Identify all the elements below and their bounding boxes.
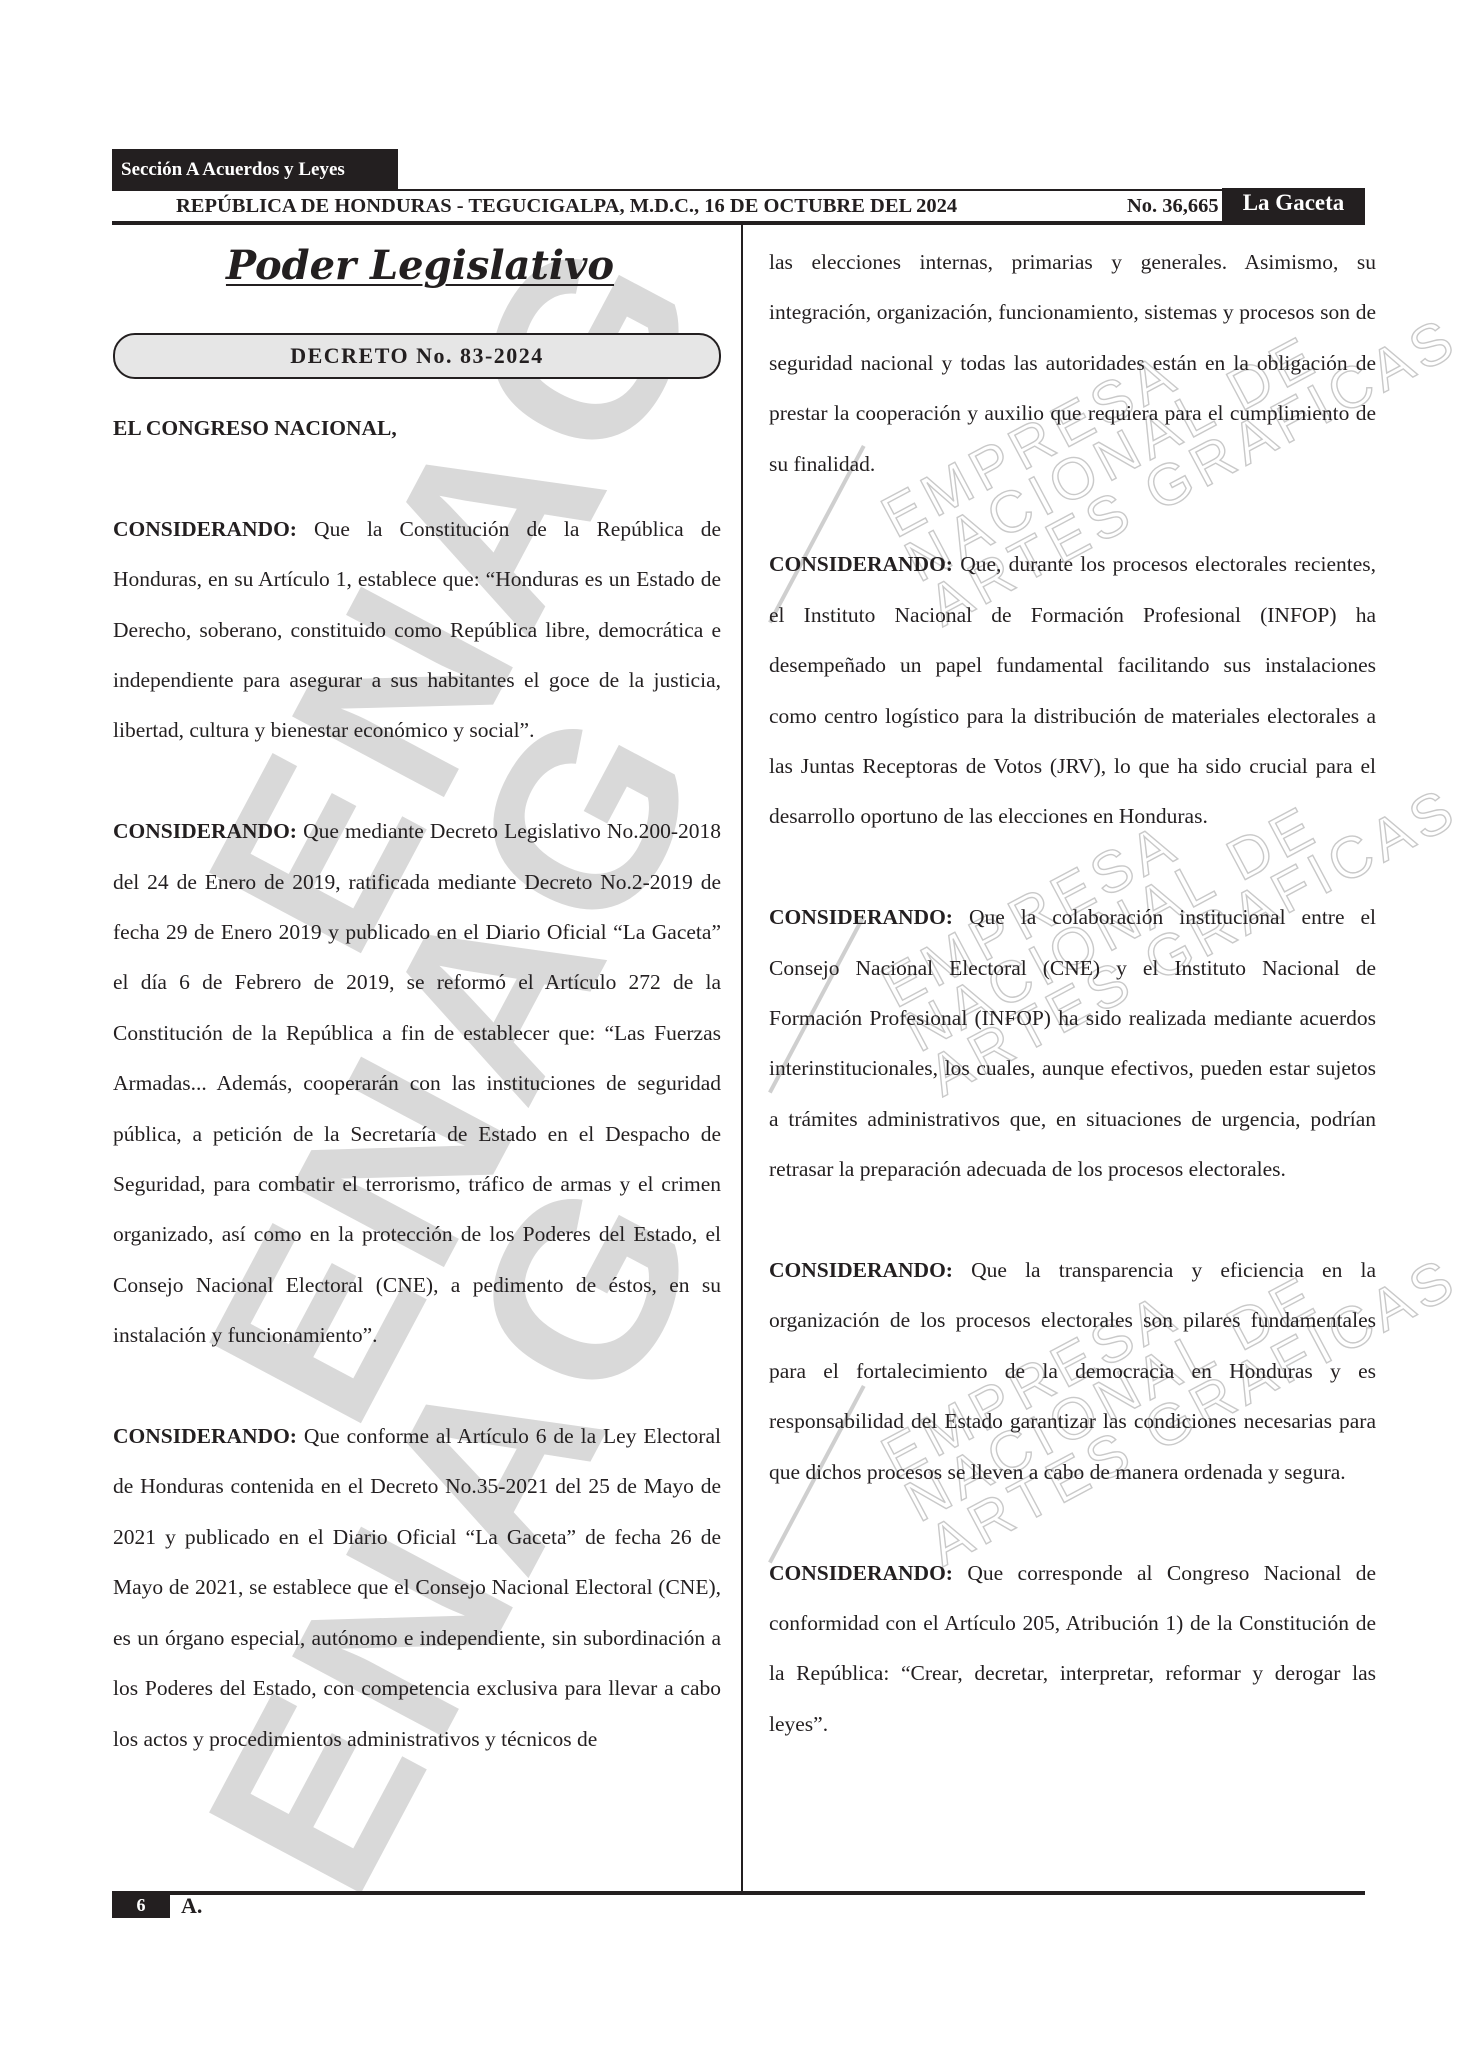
considerando-paragraph: CONSIDERANDO: Que corresponde al Congres… — [769, 1548, 1376, 1750]
considerando-label: CONSIDERANDO: — [113, 517, 297, 541]
section-label: Sección A Acuerdos y Leyes — [112, 149, 398, 190]
page-title: Poder Legislativo — [112, 238, 728, 294]
considerando-paragraph: CONSIDERANDO: Que la colaboración instit… — [769, 892, 1376, 1194]
header-row: REPÚBLICA DE HONDURAS - TEGUCIGALPA, M.D… — [112, 191, 1365, 221]
paragraph-text: Que, durante los procesos electorales re… — [769, 552, 1376, 828]
issuer-heading: EL CONGRESO NACIONAL, — [113, 403, 721, 453]
issue-number: No. 36,665 — [1127, 191, 1219, 221]
header-location-date: REPÚBLICA DE HONDURAS - TEGUCIGALPA, M.D… — [176, 191, 957, 221]
header-rule — [112, 221, 1365, 225]
page-section-suffix: A. — [181, 1891, 202, 1921]
considerando-paragraph: CONSIDERANDO: Que, durante los procesos … — [769, 539, 1376, 841]
paragraph-text: las elecciones internas, primarias y gen… — [769, 250, 1376, 476]
paragraph-text: Que la Constitución de la República de H… — [113, 517, 721, 743]
considerando-label: CONSIDERANDO: — [769, 1561, 953, 1585]
considerando-paragraph: CONSIDERANDO: Que la Constitución de la … — [113, 504, 721, 756]
paragraph-text: Que la transparencia y eficiencia en la … — [769, 1258, 1376, 1484]
considerando-label: CONSIDERANDO: — [113, 1424, 297, 1448]
paragraph-text: Que mediante Decreto Legislativo No.200-… — [113, 819, 721, 1347]
decree-number: DECRETO No. 83-2024 — [113, 333, 721, 379]
considerando-paragraph: CONSIDERANDO: Que la transparencia y efi… — [769, 1245, 1376, 1497]
considerando-label: CONSIDERANDO: — [769, 1258, 953, 1282]
considerando-paragraph: CONSIDERANDO: Que mediante Decreto Legis… — [113, 806, 721, 1360]
paragraph-text: Que conforme al Artículo 6 de la Ley Ele… — [113, 1424, 721, 1750]
footer-rule — [112, 1891, 1365, 1895]
considerando-paragraph: CONSIDERANDO: Que conforme al Artículo 6… — [113, 1411, 721, 1764]
publication-name: La Gaceta — [1222, 188, 1365, 222]
considerando-label: CONSIDERANDO: — [113, 819, 297, 843]
column-divider — [741, 225, 743, 1893]
page-number: 6 — [112, 1893, 170, 1918]
left-column: EL CONGRESO NACIONAL, CONSIDERANDO: Que … — [113, 403, 721, 1814]
paragraph-text: Que la colaboración institucional entre … — [769, 905, 1376, 1181]
paragraph-text: Que corresponde al Congreso Nacional de … — [769, 1561, 1376, 1736]
right-column: las elecciones internas, primarias y gen… — [769, 237, 1376, 1800]
considerando-label: CONSIDERANDO: — [769, 552, 953, 576]
considerando-label: CONSIDERANDO: — [769, 905, 953, 929]
continued-paragraph: las elecciones internas, primarias y gen… — [769, 237, 1376, 489]
